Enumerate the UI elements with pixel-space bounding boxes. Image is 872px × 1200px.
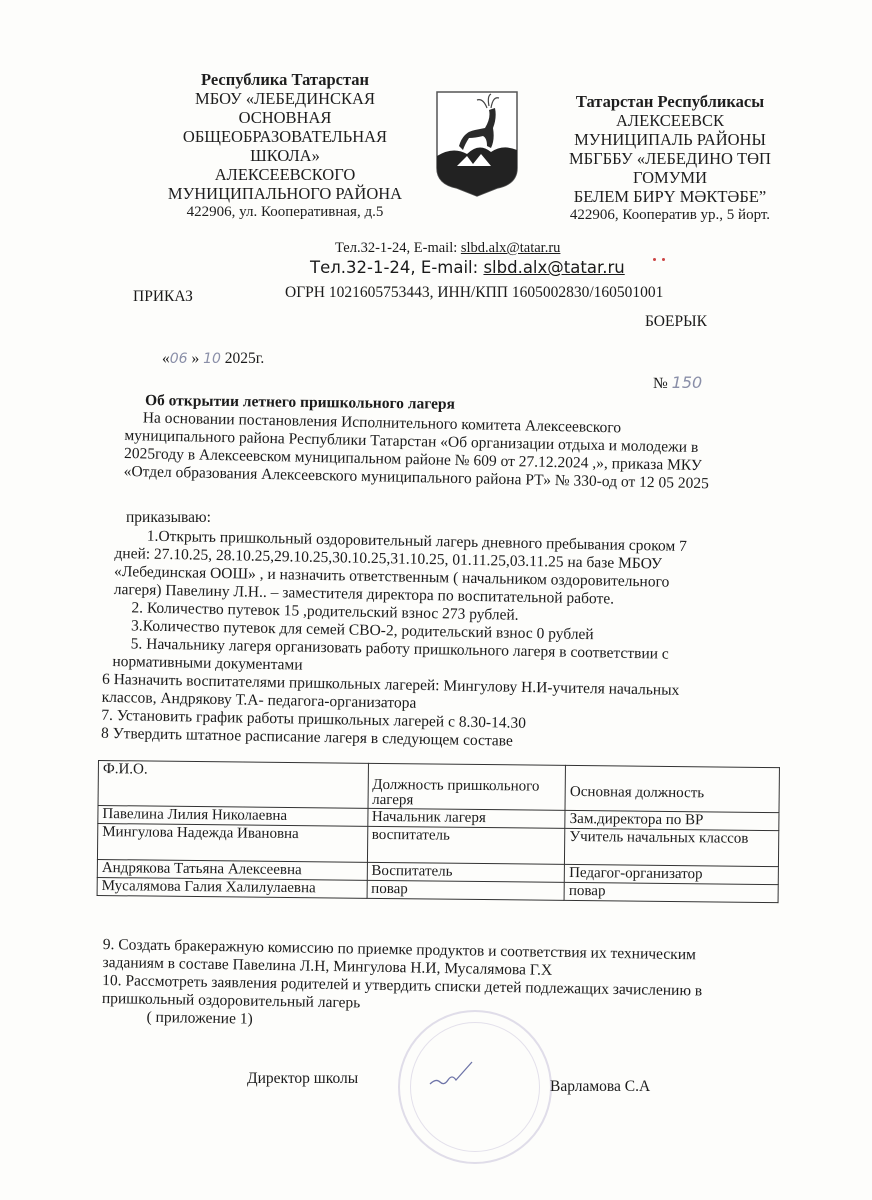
preamble: На основании постановления Исполнительно… [123,409,710,493]
signer-position: Директор школы [247,1070,358,1088]
document-page: Республика Татарстан МБОУ «ЛЕБЕДИНСКАЯ О… [0,0,872,1200]
school-name-line: ШКОЛА» [140,146,430,165]
date-day: 06 [170,351,188,367]
order-number: № 150 [653,374,702,393]
email-link[interactable]: slbd.alx@tatar.ru [461,240,561,256]
doc-type-tt: БОЕРЫК [645,313,707,331]
order-date: «06 » 10 2025г. [162,350,264,368]
red-mark [662,258,665,261]
contacts-line-1: Тел.32-1-24, E-mail: slbd.alx@tatar.ru [335,240,560,257]
date-month: 10 [203,351,221,367]
school-name-line: ОСНОВНАЯ [140,108,430,127]
coat-of-arms-deer-icon [433,88,521,200]
header-cell: Должность пришкольного лагеря [368,763,566,810]
header-cell: Ф.И.О. [98,761,368,809]
republic-ru: Республика Татарстан [140,70,430,89]
signer-name: Варламова С.А [550,1078,650,1096]
header-cell: Основная должность [565,765,779,812]
order-items: 1.Открыть пришкольный оздоровительный ла… [111,527,687,754]
school-name-line: АЛЕКСЕЕВСКОГО [140,165,430,184]
header-left: Республика Татарстан МБОУ «ЛЕБЕДИНСКАЯ О… [140,70,430,222]
staff-table: Ф.И.О. Должность пришкольного лагеря Осн… [97,760,780,903]
school-name-tt-line: МУНИЦИПАЛЬ РАЙОНЫ [540,130,800,149]
school-name-line: ОБЩЕОБРАЗОВАТЕЛЬНАЯ [140,127,430,146]
address-ru: 422906, ул. Кооперативная, д.5 [140,203,430,222]
school-name-tt-line: МБГББУ «ЛЕБЕДИНО ТӨП [540,149,800,168]
ogrn-inn: ОГРН 1021605753443, ИНН/КПП 1605002830/1… [285,284,663,302]
address-tt: 422906, Кооператив ур., 5 йорт. [540,206,800,225]
school-name-tt-line: ГОМУМИ [540,168,800,187]
school-name-line: МУНИЦИПАЛЬНОГО РАЙОНА [140,184,430,203]
contacts-line-2: Тел.32-1-24, E-mail: slbd.alx@tatar.ru [310,258,625,277]
red-mark [653,258,656,261]
school-name-tt-line: АЛЕКСЕЕВСК [540,111,800,130]
order-number-value: 150 [672,373,703,392]
school-name-line: МБОУ «ЛЕБЕДИНСКАЯ [140,89,430,108]
republic-tt: Татарстан Республикасы [540,92,800,111]
email-link[interactable]: slbd.alx@tatar.ru [483,258,624,277]
signature-icon [428,1060,478,1090]
order-word: приказываю: [126,509,211,527]
order-items-after: 9. Создать бракеражную комиссию по прием… [101,936,703,1036]
doc-type-ru: ПРИКАЗ [133,288,193,306]
school-name-tt-line: БЕЛЕМ БИРҮ МӘКТӘБЕ” [540,187,800,206]
table-header-row: Ф.И.О. Должность пришкольного лагеря Осн… [98,761,779,813]
header-right: Татарстан Республикасы АЛЕКСЕЕВСК МУНИЦИ… [540,92,800,225]
